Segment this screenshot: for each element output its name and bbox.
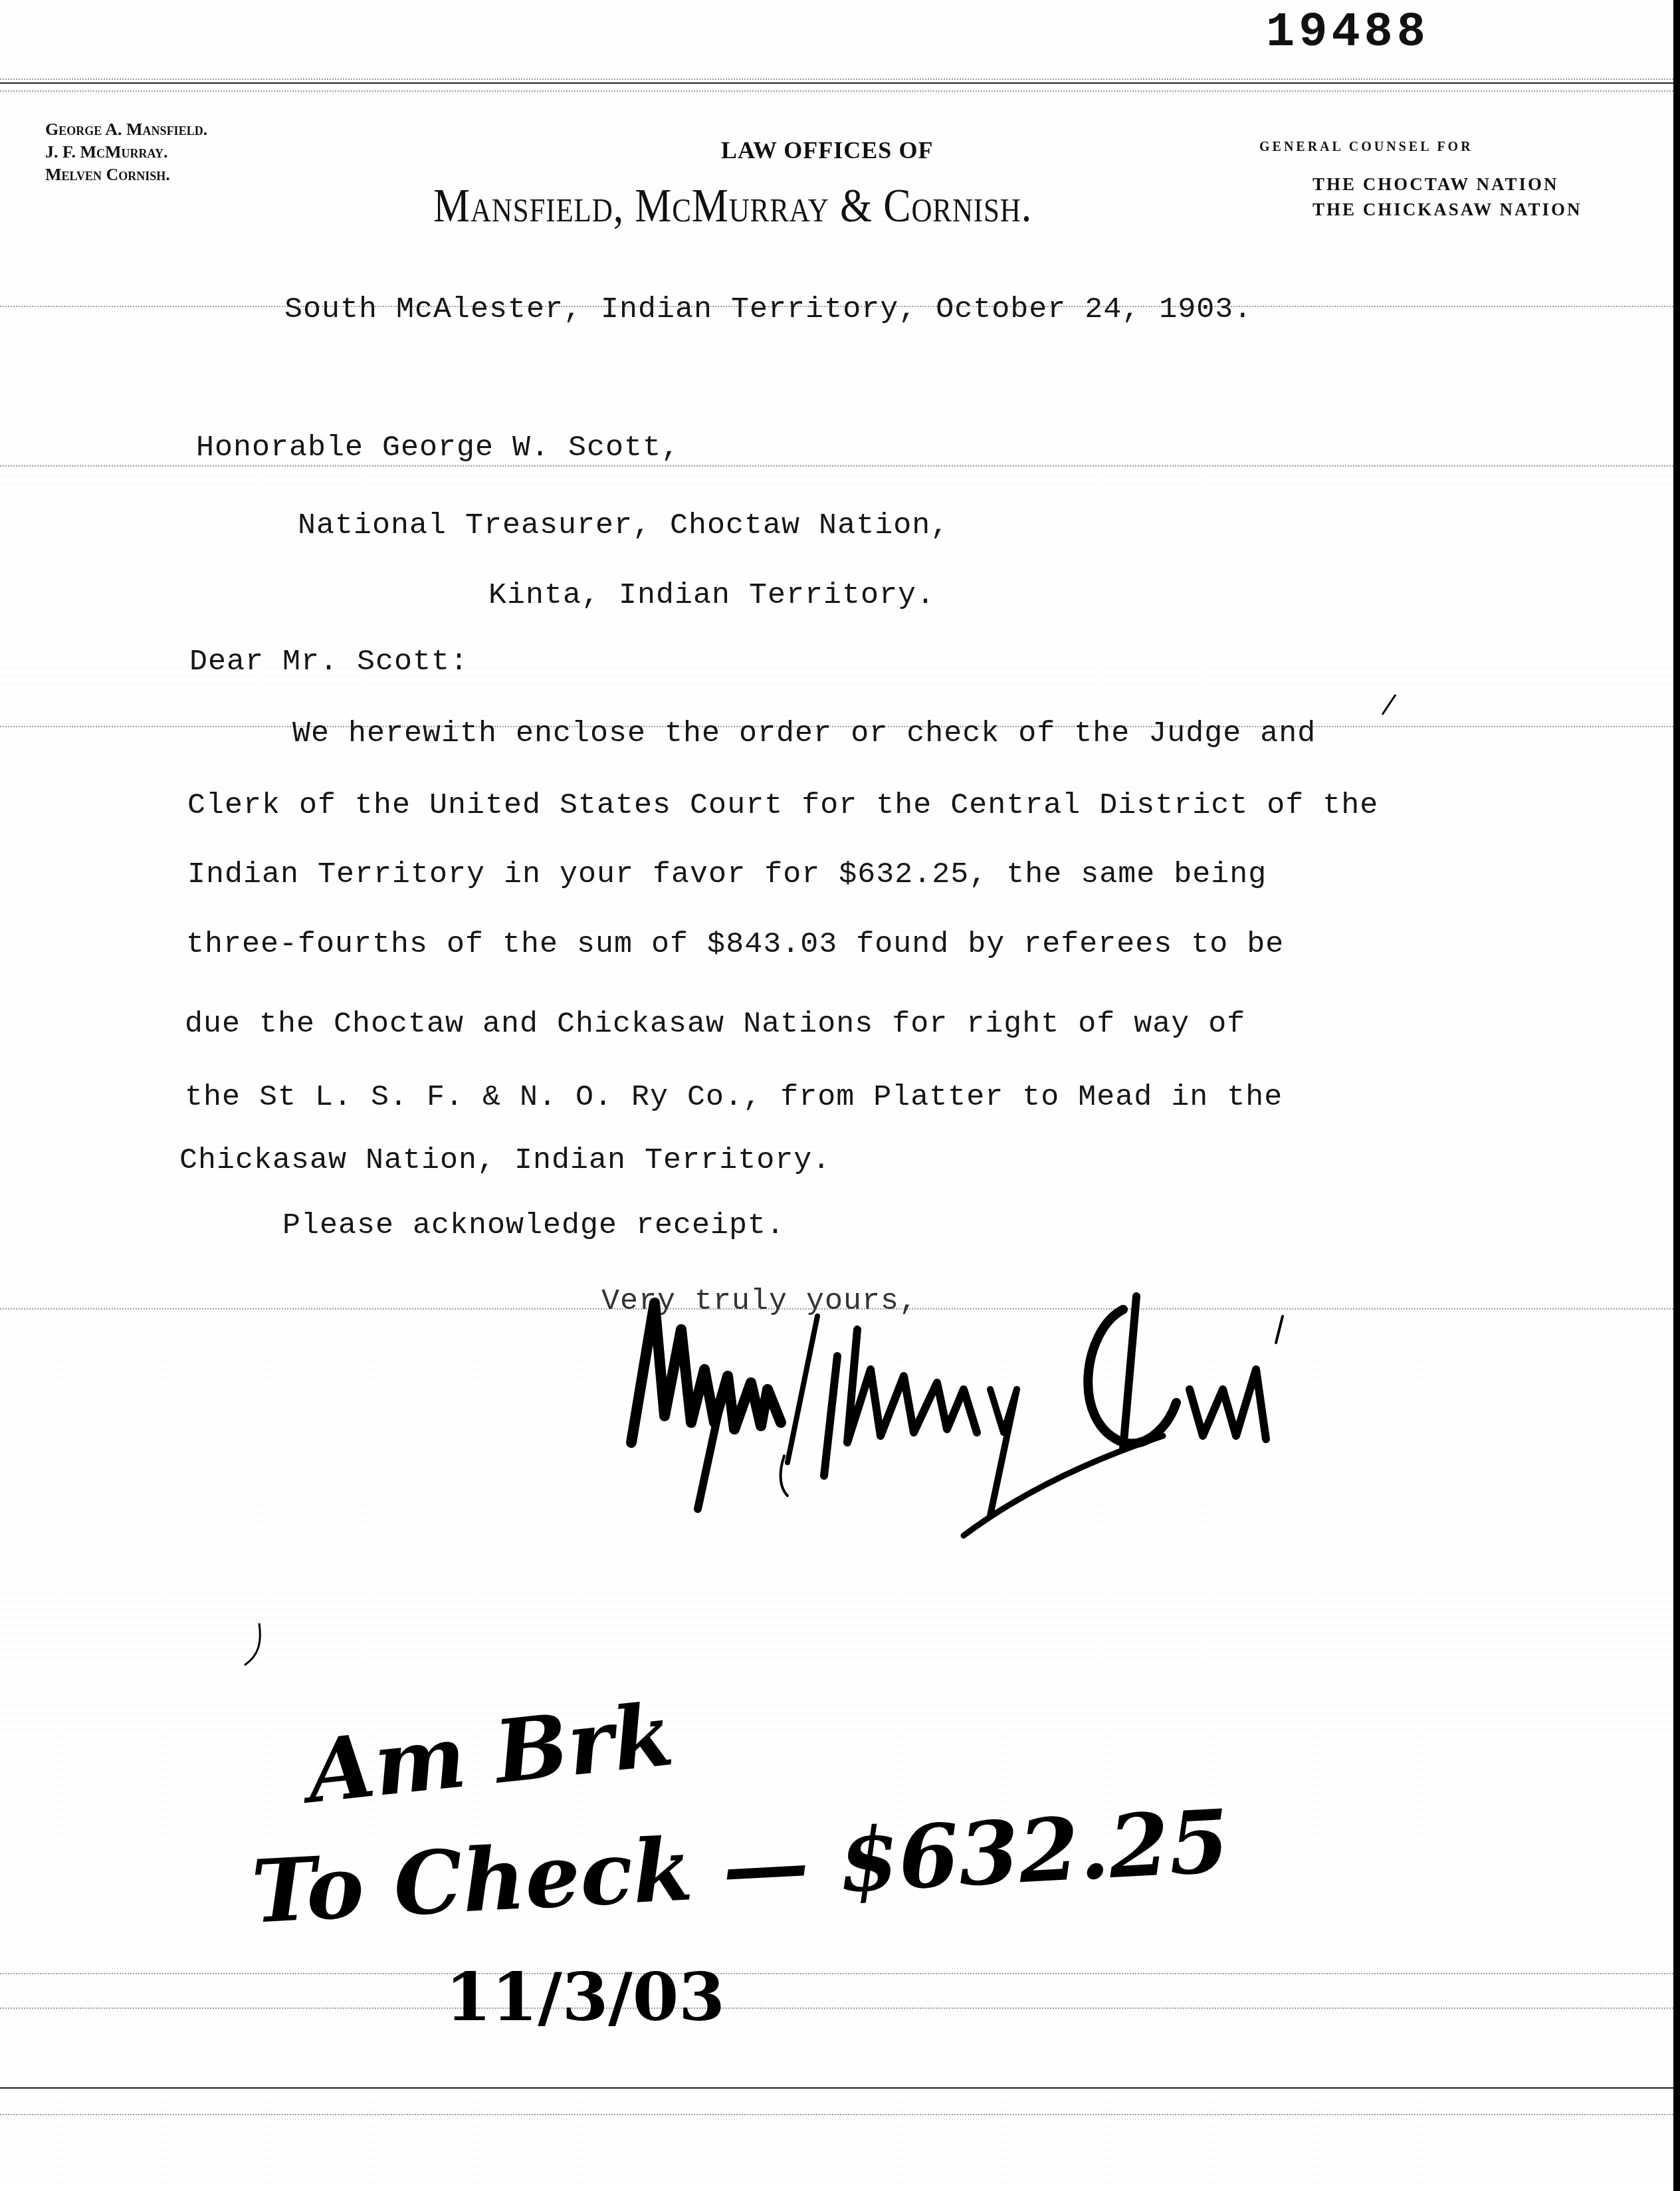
body-line: three-fourths of the sum of $843.03 foun… xyxy=(186,927,1284,961)
scanned-letter-page: 19488 George A. Mansfield. J. F. McMurra… xyxy=(0,0,1680,2191)
partner-name: George A. Mansfield. xyxy=(45,118,207,141)
stray-mark-icon xyxy=(239,1622,266,1669)
body-line: Indian Territory in your favor for $632.… xyxy=(187,858,1267,891)
recipient-name: Honorable George W. Scott, xyxy=(196,431,680,465)
salutation: Dear Mr. Scott: xyxy=(189,645,469,679)
firm-name: Mansfield, McMurray & Cornish. xyxy=(433,178,1032,233)
annotation-date: 11/3/03 xyxy=(445,1958,725,2036)
body-line: Clerk of the United States Court for the… xyxy=(187,788,1378,822)
place-date-line: South McAlester, Indian Territory, Octob… xyxy=(284,292,1252,326)
annotation-line-1: Am Brk xyxy=(302,1683,678,1823)
recipient-title: National Treasurer, Choctaw Nation, xyxy=(298,509,949,542)
scan-line xyxy=(0,90,1673,92)
scan-border xyxy=(1673,0,1680,2191)
scan-line xyxy=(0,82,1673,84)
scan-line xyxy=(0,2114,1673,2115)
scan-line xyxy=(0,78,1673,80)
document-number: 19488 xyxy=(1266,5,1429,60)
partner-name: Melven Cornish. xyxy=(45,164,207,186)
body-line: We herewith enclose the order or check o… xyxy=(292,717,1316,750)
nation-name: THE CHICKASAW NATION xyxy=(1312,197,1582,222)
nation-name: THE CHOCTAW NATION xyxy=(1312,172,1582,197)
body-line: due the Choctaw and Chickasaw Nations fo… xyxy=(185,1007,1245,1041)
letterhead-partners: George A. Mansfield. J. F. McMurray. Mel… xyxy=(45,118,207,186)
scan-line xyxy=(0,2087,1673,2089)
recipient-location: Kinta, Indian Territory. xyxy=(488,578,935,612)
partner-name: J. F. McMurray. xyxy=(45,141,207,164)
scan-line xyxy=(0,1973,1673,1974)
body-line: the St L. S. F. & N. O. Ry Co., from Pla… xyxy=(185,1080,1283,1114)
body-line: Chickasaw Nation, Indian Territory. xyxy=(179,1143,831,1177)
law-offices-label: LAW OFFICES OF xyxy=(721,136,933,164)
stray-mark-icon xyxy=(1379,691,1399,718)
scan-line xyxy=(0,2008,1673,2009)
counsel-nations: THE CHOCTAW NATION THE CHICKASAW NATION xyxy=(1312,172,1582,222)
counsel-label: GENERAL COUNSEL FOR xyxy=(1259,140,1473,155)
closing-request: Please acknowledge receipt. xyxy=(282,1209,785,1242)
signature-icon xyxy=(618,1290,1429,1556)
scan-line xyxy=(0,465,1673,467)
